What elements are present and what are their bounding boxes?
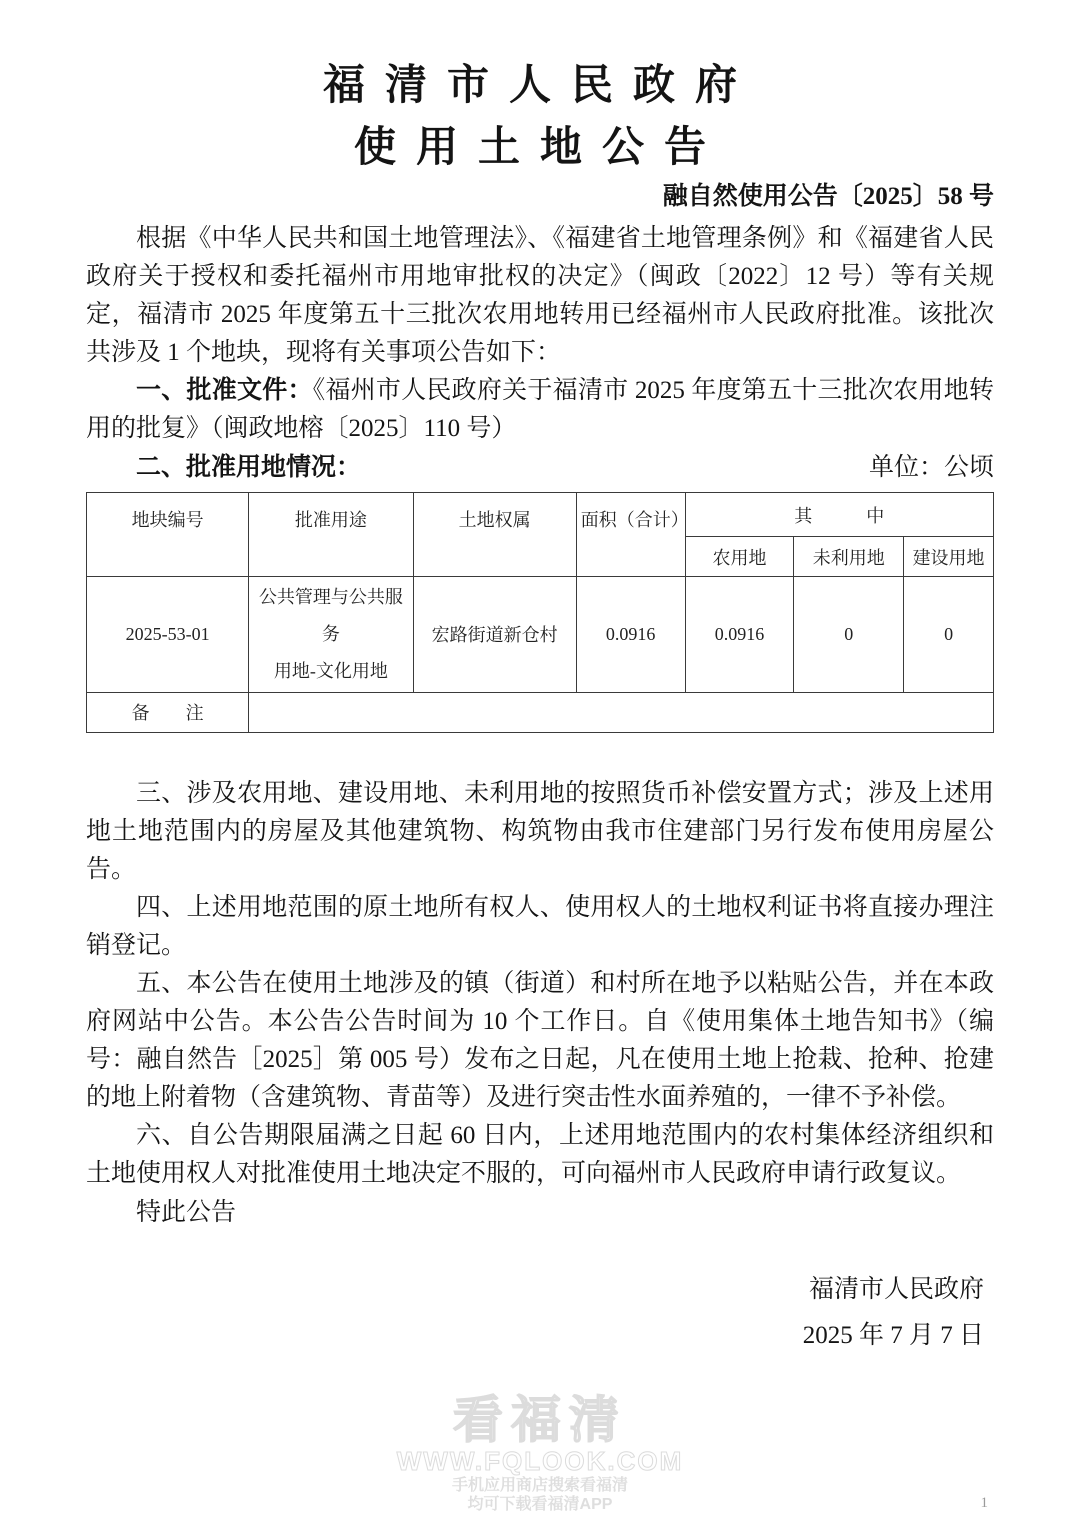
section-5-paragraph: 五、本公告在使用土地涉及的镇（街道）和村所在地予以粘贴公告，并在本政府网站中公告… (86, 965, 994, 1117)
signature-date: 2025 年 7 月 7 日 (86, 1313, 984, 1359)
header-agricultural: 农用地 (685, 537, 794, 577)
unit-note: 单位：公顷 (869, 450, 994, 486)
cell-approved-use: 公共管理与公共服务用地-文化用地 (249, 577, 413, 693)
cell-approved-use-line1: 公共管理与公共服务 (259, 587, 403, 644)
table-header-row-1: 地块编号 批准用途 土地权属 面积（合计） 其 中 (87, 493, 994, 537)
section-2-label: 二、批准用地情况： (86, 450, 361, 486)
spacer (86, 733, 994, 775)
doc-title-line2: 使用土地公告 (86, 122, 994, 174)
cell-unused: 0 (794, 577, 904, 693)
section-4-paragraph: 四、上述用地范围的原土地所有权人、使用权人的土地权利证书将直接办理注销登记。 (86, 889, 994, 965)
cell-agricultural: 0.0916 (685, 577, 794, 693)
header-land-ownership: 土地权属 (413, 493, 576, 577)
remark-label: 备 注 (87, 692, 249, 732)
approved-land-table: 地块编号 批准用途 土地权属 面积（合计） 其 中 农用地 未利用地 建设用地 … (86, 492, 994, 733)
intro-paragraph: 根据《中华人民共和国土地管理法》、《福建省土地管理条例》和《福建省人民政府关于授… (86, 220, 994, 372)
header-approved-use: 批准用途 (249, 493, 413, 577)
header-breakdown: 其 中 (685, 493, 993, 537)
section-3-paragraph: 三、涉及农用地、建设用地、未利用地的按照货币补偿安置方式；涉及上述用地土地范围内… (86, 775, 994, 889)
page-number: 1 (981, 1495, 989, 1512)
header-construction: 建设用地 (904, 537, 994, 577)
signature-org: 福清市人民政府 (86, 1267, 984, 1313)
header-area-total: 面积（合计） (576, 493, 685, 577)
document-page: 福清市人民政府 使用土地公告 融自然使用公告〔2025〕58 号 根据《中华人民… (0, 0, 1080, 1526)
watermark-tagline-2: 均可下载看福清APP (0, 1495, 1080, 1514)
cell-area-total: 0.0916 (576, 577, 685, 693)
watermark-brand: 看福清 (0, 1394, 1080, 1446)
section-1-label: 一、批准文件： (136, 377, 313, 404)
cell-plot-id: 2025-53-01 (87, 577, 249, 693)
header-plot-id: 地块编号 (87, 493, 249, 577)
signature-block: 福清市人民政府 2025 年 7 月 7 日 (86, 1267, 994, 1359)
table-row: 2025-53-01 公共管理与公共服务用地-文化用地 宏路街道新仓村 0.09… (87, 577, 994, 693)
section-2-heading-row: 二、批准用地情况： 单位：公顷 (86, 450, 994, 486)
table-remark-row: 备 注 (87, 692, 994, 732)
cell-land-ownership: 宏路街道新仓村 (413, 577, 576, 693)
header-unused: 未利用地 (794, 537, 904, 577)
doc-number: 融自然使用公告〔2025〕58 号 (86, 182, 994, 212)
watermark-url: WWW.FQLOOK.COM (0, 1446, 1080, 1476)
doc-title-line1: 福清市人民政府 (86, 60, 994, 112)
closing-statement: 特此公告 (86, 1193, 994, 1233)
section-1-paragraph: 一、批准文件：《福州市人民政府关于福清市 2025 年度第五十三批次农用地转用的… (86, 372, 994, 448)
section-6-paragraph: 六、自公告期限届满之日起 60 日内，上述用地范围内的农村集体经济组织和土地使用… (86, 1117, 994, 1193)
remark-value (249, 692, 994, 732)
cell-construction: 0 (904, 577, 994, 693)
site-watermark: 看福清 WWW.FQLOOK.COM 手机应用商店搜索看福清 均可下载看福清AP… (0, 1394, 1080, 1514)
watermark-tagline-1: 手机应用商店搜索看福清 (0, 1476, 1080, 1495)
cell-approved-use-line2: 用地-文化用地 (274, 661, 388, 681)
